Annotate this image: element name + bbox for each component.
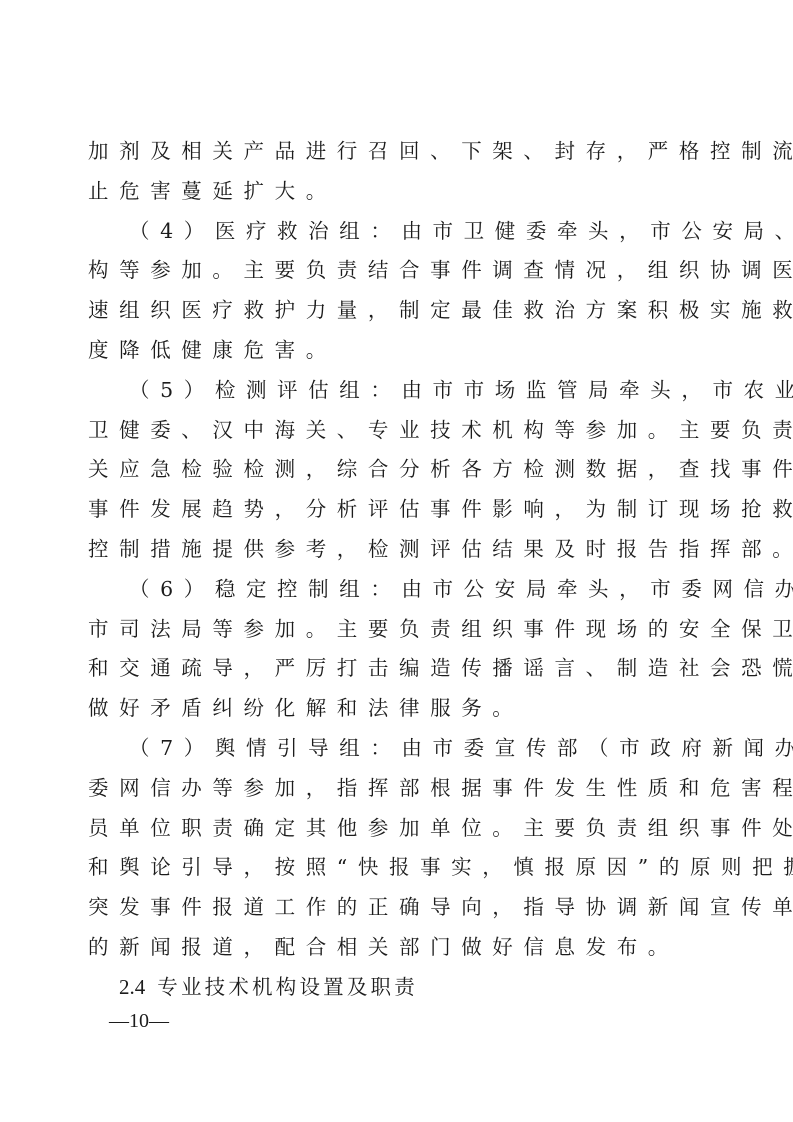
text-line: 和交通疏导，严厉打击编造传播谣言、制造社会恐慌等违法行为，: [88, 649, 698, 689]
text-line: 员单位职责确定其他参加单位。主要负责组织事件处置新闻报道: [88, 809, 698, 849]
text-line: 突发事件报道工作的正确导向，指导协调新闻宣传单位做好事件: [88, 888, 698, 928]
text-line: 事件发展趋势，分析评估事件影响，为制订现场抢救方案和采取: [88, 490, 698, 530]
section-heading: 2.4专业技术机构设置及职责: [88, 968, 698, 1008]
paragraph-testing-assessment-group: （5）检测评估组：由市市场监管局牵头，市农业农村局、市 卫健委、汉中海关、专业技…: [88, 371, 698, 570]
paragraph-public-opinion-group: （7）舆情引导组：由市委宣传部（市政府新闻办）牵头，市 委网信办等参加，指挥部根…: [88, 729, 698, 968]
text-line: 做好矛盾纠纷化解和法律服务。: [88, 689, 698, 729]
text-line: 控制措施提供参考，检测评估结果及时报告指挥部。: [88, 530, 698, 570]
document-page: 加剂及相关产品进行召回、下架、封存，严格控制流通渠道，防 止危害蔓延扩大。 （4…: [0, 0, 793, 1122]
text-line: 和舆论引导，按照“快报事实，慎报原因”的原则把握食品安全: [88, 848, 698, 888]
paragraph-stability-control-group: （6）稳定控制组：由市公安局牵头，市委网信办、市民政局、 市司法局等参加。主要负…: [88, 570, 698, 729]
text-line: 构等参加。主要负责结合事件调查情况，组织协调医疗机构，迅: [88, 251, 698, 291]
text-line: 委网信办等参加，指挥部根据事件发生性质和危害程度，按照成: [88, 769, 698, 809]
text-line: 度降低健康危害。: [88, 331, 698, 371]
text-line: （5）检测评估组：由市市场监管局牵头，市农业农村局、市: [88, 371, 698, 411]
text-line: 市司法局等参加。主要负责组织事件现场的安全保卫、治安管理: [88, 610, 698, 650]
document-body: 加剂及相关产品进行召回、下架、封存，严格控制流通渠道，防 止危害蔓延扩大。 （4…: [88, 132, 698, 1008]
text-line: （6）稳定控制组：由市公安局牵头，市委网信办、市民政局、: [88, 570, 698, 610]
section-number: 2.4: [119, 975, 145, 999]
text-line: 止危害蔓延扩大。: [88, 172, 698, 212]
text-line: 卫健委、汉中海关、专业技术机构等参加。主要负责组织实施相: [88, 411, 698, 451]
text-line: （7）舆情引导组：由市委宣传部（市政府新闻办）牵头，市: [88, 729, 698, 769]
page-number: —10—: [109, 1010, 169, 1033]
text-line: 关应急检验检测，综合分析各方检测数据，查找事件原因和研判: [88, 450, 698, 490]
text-line: 的新闻报道，配合相关部门做好信息发布。: [88, 928, 698, 968]
text-line: 速组织医疗救护力量，制定最佳救治方案积极实施救治，最大限: [88, 291, 698, 331]
text-line: 加剂及相关产品进行召回、下架、封存，严格控制流通渠道，防: [88, 132, 698, 172]
paragraph-medical-treatment-group: （4）医疗救治组：由市卫健委牵头，市公安局、专业技术机 构等参加。主要负责结合事…: [88, 212, 698, 371]
text-line: （4）医疗救治组：由市卫健委牵头，市公安局、专业技术机: [88, 212, 698, 252]
paragraph-continuation: 加剂及相关产品进行召回、下架、封存，严格控制流通渠道，防 止危害蔓延扩大。: [88, 132, 698, 212]
section-title: 专业技术机构设置及职责: [157, 975, 418, 999]
